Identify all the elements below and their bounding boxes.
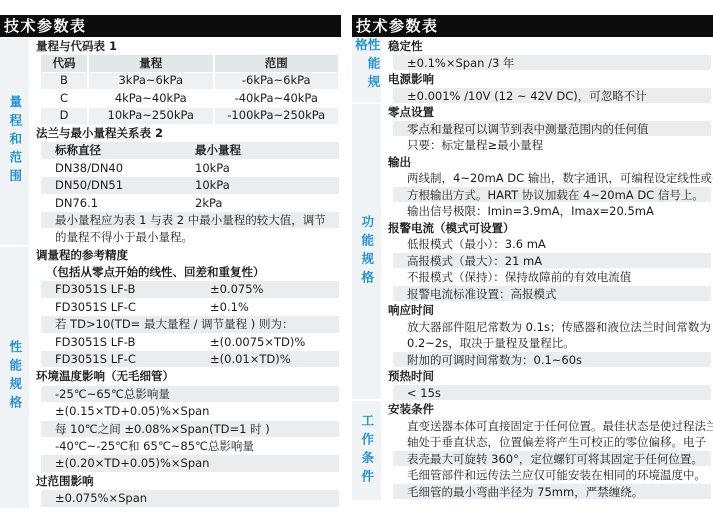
table-row: 不报模式（保持）：保持故障前的有效电流值 bbox=[383, 269, 713, 286]
section-header-row: 预热时间 bbox=[383, 368, 713, 385]
section-header-row: 量程与代码表 1 bbox=[31, 38, 341, 55]
section-header-row: 零点设置 bbox=[383, 104, 713, 121]
row-text: 每 10℃之间 ±0.08%×Span(TD=1 时 ) bbox=[31, 421, 270, 438]
table-cell: -100kPa~250kPa bbox=[215, 108, 339, 124]
row-text: 不报模式（保持）：保持故障前的有效电流值 bbox=[383, 269, 631, 286]
table-row: 附加的可调时间常数为：0.1~60s bbox=[383, 352, 713, 369]
table-row: DN76.12kPa bbox=[31, 195, 341, 212]
table-row: 两线制，4~20mA DC 输出，数字通讯，可编程设定线性或平 bbox=[383, 170, 713, 187]
table-row: DN50/DN5110kPa bbox=[31, 177, 341, 194]
table-content: 稳定性±0.1%×Span /3 年电源影响±0.001% /10V (12 ~… bbox=[383, 38, 713, 500]
row-text: 环境温度影响（无毛细管） bbox=[31, 368, 174, 385]
section-header-row: 环境温度影响（无毛细管） bbox=[31, 368, 341, 385]
row-value: ±0.075% bbox=[210, 281, 264, 298]
section-header-row: 稳定性 bbox=[383, 38, 713, 55]
row-value: ±0.1% bbox=[210, 299, 249, 316]
table-row: 只要：标定量程≥最小量程 bbox=[383, 137, 713, 154]
sidebar-label: 性能规格 bbox=[8, 340, 21, 414]
row-text: 直变送器本体可直接固定于任何位置。最佳状态是使过程法兰 bbox=[383, 418, 713, 435]
table-cell: 代码 bbox=[41, 55, 87, 71]
row-text: 调量程的参考精度 bbox=[31, 247, 128, 264]
sub-table-row: B3kPa~6kPa-6kPa~6kPa bbox=[41, 73, 338, 89]
table-title: 技术参数表 bbox=[0, 15, 341, 37]
table-content: 量程与代码表 1代码量程范围B3kPa~6kPa-6kPa~6kPaC4kPa~… bbox=[31, 38, 341, 508]
section-sidebar: 性能规格功能规格工作条件 bbox=[352, 38, 381, 500]
table-row: 零点和量程可以调节到表中测量范围内的任何值 bbox=[383, 121, 713, 138]
row-text: ±0.075%×Span bbox=[31, 490, 147, 507]
table-cell: -6kPa~6kPa bbox=[215, 73, 339, 89]
sidebar-section: 工作条件 bbox=[352, 401, 381, 500]
row-value: 10kPa bbox=[195, 160, 230, 177]
sub-table-row: D10kPa~250kPa-100kPa~250kPa bbox=[41, 108, 338, 124]
table-row: 直变送器本体可直接固定于任何位置。最佳状态是使过程法兰 bbox=[383, 418, 713, 435]
row-key: DN50/DN51 bbox=[55, 177, 123, 194]
table-row: FD3051S LF-C±(0.01×TD)% bbox=[31, 351, 341, 368]
section-header-row: 法兰与最小量程关系表 2 bbox=[31, 125, 341, 142]
table-row: 的量程不得小于最小量程。 bbox=[31, 229, 341, 246]
table-row: 最小量程应为表 1 与表 2 中最小量程的较大值，调节 bbox=[31, 212, 341, 229]
row-key: 标称直径 bbox=[55, 142, 101, 159]
table-row: 毛细管部件和远传法兰应仅可能安装在相同的环境温度中。 bbox=[383, 467, 713, 484]
row-text: 零点设置 bbox=[383, 104, 434, 121]
row-text: 预热时间 bbox=[383, 368, 434, 385]
sidebar-section: 量程和范围 bbox=[0, 38, 29, 245]
row-key: FD3051S LF-C bbox=[55, 299, 136, 316]
table-row: 轴处于垂直状态，位置偏差将产生可校正的零位偏移。电子 bbox=[383, 434, 713, 451]
row-key: DN38/DN40 bbox=[55, 160, 123, 177]
row-text: < 15s bbox=[383, 385, 441, 402]
table-row: ±(0.20×TD+0.05)%×Span bbox=[31, 455, 341, 472]
table-cell: 量程 bbox=[89, 55, 213, 71]
section-sidebar: 量程和范围性能规格 bbox=[0, 38, 29, 508]
table-body: 量程和范围性能规格 量程与代码表 1代码量程范围B3kPa~6kPa-6kPa~… bbox=[0, 38, 341, 508]
row-text: -40℃~-25℃和 65℃~85℃总影响量 bbox=[31, 438, 254, 455]
table-row: -40℃~-25℃和 65℃~85℃总影响量 bbox=[31, 438, 341, 455]
table-row: ±0.001% /10V (12 ~ 42V DC)，可忽略不计 bbox=[383, 88, 713, 105]
row-text: 表壳最大可旋转 360°，定位螺钉可将其固定于任何位置。 bbox=[383, 451, 703, 468]
row-text: 只要：标定量程≥最小量程 bbox=[383, 137, 543, 154]
table-row: 若 TD>10(TD= 最大量程 / 调节量程 ) 则为： bbox=[31, 316, 341, 333]
table-row: ±0.1%×Span /3 年 bbox=[383, 55, 713, 72]
row-text: ±(0.20×TD+0.05)%×Span bbox=[31, 455, 209, 472]
row-text: 最小量程应为表 1 与表 2 中最小量程的较大值，调节 bbox=[31, 212, 326, 229]
table-row: 放大器部件阻尼常数为 0.1s；传感器和液位法兰时间常数为 bbox=[383, 319, 713, 336]
table-cell: D bbox=[41, 108, 87, 124]
table-row: 表壳最大可旋转 360°，定位螺钉可将其固定于任何位置。 bbox=[383, 451, 713, 468]
table-cell: 范围 bbox=[215, 55, 339, 71]
row-value: ±(0.0075×TD)% bbox=[210, 334, 305, 351]
table-row: FD3051S LF-B±(0.0075×TD)% bbox=[31, 334, 341, 351]
table-title: 技术参数表 bbox=[352, 15, 713, 37]
table-row: 每 10℃之间 ±0.08%×Span(TD=1 时 ) bbox=[31, 421, 341, 438]
row-text: 的量程不得小于最小量程。 bbox=[31, 229, 193, 246]
section-header-row: 输出 bbox=[383, 154, 713, 171]
table-body: 性能规格功能规格工作条件 稳定性±0.1%×Span /3 年电源影响±0.00… bbox=[352, 38, 713, 500]
table-row: 方根输出方式。HART 协议加载在 4~20mA DC 信号上。 bbox=[383, 187, 713, 204]
section-header-row: 过范围影响 bbox=[31, 473, 341, 490]
table-row: 报警电流标准设置：高报模式 bbox=[383, 286, 713, 303]
table-row: 0.2~2s，取决于量程及量程比。 bbox=[383, 335, 713, 352]
row-text: 轴处于垂直状态，位置偏差将产生可校正的零位偏移。电子 bbox=[383, 434, 706, 451]
sidebar-section: 性能规格 bbox=[352, 38, 381, 102]
row-value: 10kPa bbox=[195, 177, 230, 194]
table-cell: -40kPa~40kPa bbox=[215, 90, 339, 106]
row-text: 0.2~2s，取决于量程及量程比。 bbox=[383, 335, 575, 352]
row-key: DN76.1 bbox=[55, 195, 98, 212]
row-text: 两线制，4~20mA DC 输出，数字通讯，可编程设定线性或平 bbox=[383, 170, 713, 187]
row-text: 方根输出方式。HART 协议加载在 4~20mA DC 信号上。 bbox=[383, 187, 704, 204]
row-text: 毛细管的最小弯曲半径为 75mm，严禁缠绕。 bbox=[383, 484, 643, 501]
row-text: 高报模式（最大）：21 mA bbox=[383, 253, 542, 270]
row-text: 法兰与最小量程关系表 2 bbox=[31, 125, 163, 142]
section-header-row: 调量程的参考精度 bbox=[31, 247, 341, 264]
row-text: （包括从零点开始的线性、回差和重复性） bbox=[31, 264, 265, 281]
row-text: 附加的可调时间常数为：0.1~60s bbox=[383, 352, 582, 369]
table-cell: 4kPa~40kPa bbox=[89, 90, 213, 106]
table-row: 高报模式（最大）：21 mA bbox=[383, 253, 713, 270]
table-row: FD3051S LF-C±0.1% bbox=[31, 299, 341, 316]
row-text: 报警电流（模式可设置） bbox=[383, 220, 515, 237]
row-text: ±(0.15×TD+0.05)%×Span bbox=[31, 403, 209, 420]
row-text: 零点和量程可以调节到表中测量范围内的任何值 bbox=[383, 121, 649, 138]
row-key: FD3051S LF-C bbox=[55, 351, 136, 368]
section-header-row: 响应时间 bbox=[383, 302, 713, 319]
section-header-row: 电源影响 bbox=[383, 71, 713, 88]
table-cell: 3kPa~6kPa bbox=[89, 73, 213, 89]
table-row: < 15s bbox=[383, 385, 713, 402]
row-text: -25℃~65℃总影响量 bbox=[31, 386, 170, 403]
table-row: 输出信号极限：Imin=3.9mA，Imax=20.5mA bbox=[383, 203, 713, 220]
row-text: 过范围影响 bbox=[31, 473, 94, 490]
section-header-row: 报警电流（模式可设置） bbox=[383, 220, 713, 237]
spec-table-right: 技术参数表 性能规格功能规格工作条件 稳定性±0.1%×Span /3 年电源影… bbox=[352, 15, 713, 500]
row-value: 2kPa bbox=[195, 195, 222, 212]
section-header-row: 安装条件 bbox=[383, 401, 713, 418]
row-value: 最小量程 bbox=[195, 142, 241, 159]
table-row: ±(0.15×TD+0.05)%×Span bbox=[31, 403, 341, 420]
table-cell: 10kPa~250kPa bbox=[89, 108, 213, 124]
row-text: 响应时间 bbox=[383, 302, 434, 319]
row-text: 毛细管部件和远传法兰应仅可能安装在相同的环境温度中。 bbox=[383, 467, 706, 484]
table-row: 代码量程范围 bbox=[31, 55, 341, 72]
table-cell: B bbox=[41, 73, 87, 89]
row-text: 报警电流标准设置：高报模式 bbox=[383, 286, 557, 303]
table-row: DN38/DN4010kPa bbox=[31, 160, 341, 177]
row-text: 电源影响 bbox=[383, 71, 434, 88]
row-key: FD3051S LF-B bbox=[55, 281, 135, 298]
table-row: -25℃~65℃总影响量 bbox=[31, 386, 341, 403]
sub-table-row: 代码量程范围 bbox=[41, 55, 338, 71]
row-text: ±0.1%×Span /3 年 bbox=[383, 55, 514, 72]
table-row: 标称直径最小量程 bbox=[31, 142, 341, 159]
row-key: FD3051S LF-B bbox=[55, 334, 135, 351]
sidebar-label: 功能规格 bbox=[360, 215, 373, 289]
table-row: C4kPa~40kPa-40kPa~40kPa bbox=[31, 90, 341, 107]
sidebar-section: 功能规格 bbox=[352, 104, 381, 399]
sidebar-label: 量程和范围 bbox=[8, 95, 21, 188]
row-text: 稳定性 bbox=[383, 38, 423, 55]
row-text: ±0.001% /10V (12 ~ 42V DC)，可忽略不计 bbox=[383, 88, 647, 105]
table-row: FD3051S LF-B±0.075% bbox=[31, 281, 341, 298]
sidebar-label: 工作条件 bbox=[360, 414, 373, 488]
table-row: ±0.075%×Span bbox=[31, 490, 341, 507]
table-row: （包括从零点开始的线性、回差和重复性） bbox=[31, 264, 341, 281]
spec-table-left: 技术参数表 量程和范围性能规格 量程与代码表 1代码量程范围B3kPa~6kPa… bbox=[0, 15, 341, 508]
row-text: 低报模式（最小）：3.6 mA bbox=[383, 236, 546, 253]
row-text: 若 TD>10(TD= 最大量程 / 调节量程 ) 则为： bbox=[31, 316, 293, 333]
table-row: D10kPa~250kPa-100kPa~250kPa bbox=[31, 108, 341, 125]
row-text: 安装条件 bbox=[383, 401, 434, 418]
sidebar-label: 性能规格 bbox=[354, 38, 379, 102]
row-text: 输出 bbox=[383, 154, 411, 171]
row-value: ±(0.01×TD)% bbox=[210, 351, 291, 368]
sub-table-row: C4kPa~40kPa-40kPa~40kPa bbox=[41, 90, 338, 106]
row-text: 输出信号极限：Imin=3.9mA，Imax=20.5mA bbox=[383, 203, 654, 220]
row-text: 量程与代码表 1 bbox=[31, 38, 117, 55]
table-cell: C bbox=[41, 90, 87, 106]
row-text: 放大器部件阻尼常数为 0.1s；传感器和液位法兰时间常数为 bbox=[383, 319, 711, 336]
table-row: 低报模式（最小）：3.6 mA bbox=[383, 236, 713, 253]
table-row: B3kPa~6kPa-6kPa~6kPa bbox=[31, 73, 341, 90]
sidebar-section: 性能规格 bbox=[0, 247, 29, 508]
table-row: 毛细管的最小弯曲半径为 75mm，严禁缠绕。 bbox=[383, 484, 713, 501]
